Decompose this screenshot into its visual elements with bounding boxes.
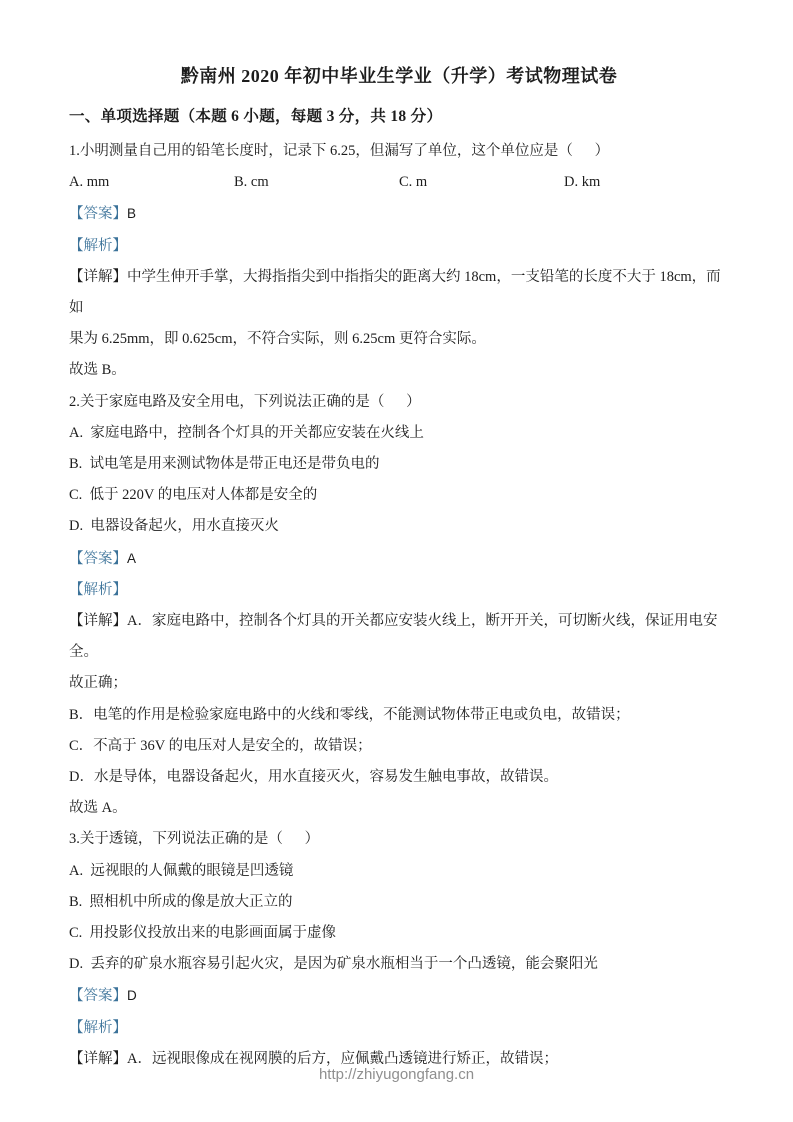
question-1-option-a: A. mm: [69, 167, 234, 198]
section-heading: 一、单项选择题（本题 6 小题，每题 3 分，共 18 分）: [69, 103, 729, 131]
question-2-detail-line: 故选 A。: [69, 793, 729, 824]
question-2-detail-line: 【详解】A．家庭电路中，控制各个灯具的开关都应安装火线上，断开开关，可切断火线，…: [69, 606, 729, 668]
question-2-analysis-line: 【解析】: [69, 575, 729, 606]
question-1-analysis-line: 【解析】: [69, 231, 729, 262]
question-2-option-b: B. 试电笔是用来测试物体是带正电还是带负电的: [69, 449, 729, 480]
question-1-answer-value: B: [127, 206, 136, 221]
question-1-stem: 1.小明测量自己用的铅笔长度时，记录下 6.25，但漏写了单位，这个单位应是（ …: [69, 136, 729, 167]
analysis-label: 【解析】: [69, 1020, 127, 1036]
question-1-option-c: C. m: [399, 167, 564, 198]
page-content: 黔南州 2020 年初中毕业生学业（升学）考试物理试卷 一、单项选择题（本题 6…: [69, 62, 729, 1075]
question-1-detail-line: 果为 6.25mm，即 0.625cm，不符合实际，则 6.25cm 更符合实际…: [69, 324, 729, 355]
question-2-stem: 2.关于家庭电路及安全用电，下列说法正确的是（ ）: [69, 387, 729, 418]
question-3-option-a: A. 远视眼的人佩戴的眼镜是凹透镜: [69, 856, 729, 887]
question-3-answer-line: 【答案】D: [69, 980, 729, 1012]
question-3-option-c: C. 用投影仪投放出来的电影画面属于虚像: [69, 918, 729, 949]
question-3-answer-value: D: [127, 988, 137, 1003]
question-2-detail-line: 故正确；: [69, 668, 729, 699]
question-1-options: A. mm B. cm C. m D. km: [69, 167, 729, 198]
analysis-label: 【解析】: [69, 582, 127, 598]
analysis-label: 【解析】: [69, 238, 127, 254]
question-3-option-d: D. 丢弃的矿泉水瓶容易引起火灾，是因为矿泉水瓶相当于一个凸透镜，能会聚阳光: [69, 949, 729, 980]
question-1-option-d: D. km: [564, 167, 729, 198]
answer-label: 【答案】: [69, 206, 127, 222]
question-1-detail-line: 【详解】中学生伸开手掌，大拇指指尖到中指指尖的距离大约 18cm，一支铅笔的长度…: [69, 262, 729, 324]
question-2-detail-line: C．不高于 36V 的电压对人是安全的，故错误；: [69, 731, 729, 762]
question-1-option-b: B. cm: [234, 167, 399, 198]
question-2-detail-line: B．电笔的作用是检验家庭电路中的火线和零线，不能测试物体带正电或负电，故错误；: [69, 700, 729, 731]
question-1-detail-line: 故选 B。: [69, 355, 729, 386]
question-2-detail-line: D．水是导体，电器设备起火，用水直接灭火，容易发生触电事故，故错误。: [69, 762, 729, 793]
page-title: 黔南州 2020 年初中毕业生学业（升学）考试物理试卷: [69, 62, 729, 90]
exam-document-page: 黔南州 2020 年初中毕业生学业（升学）考试物理试卷 一、单项选择题（本题 6…: [0, 0, 793, 1122]
question-3-option-b: B. 照相机中所成的像是放大正立的: [69, 887, 729, 918]
question-3-stem: 3.关于透镜，下列说法正确的是（ ）: [69, 824, 729, 855]
question-2-option-c: C. 低于 220V 的电压对人体都是安全的: [69, 480, 729, 511]
question-1-answer-line: 【答案】B: [69, 198, 729, 230]
answer-label: 【答案】: [69, 551, 127, 567]
question-2-option-a: A. 家庭电路中，控制各个灯具的开关都应安装在火线上: [69, 418, 729, 449]
question-2-answer-line: 【答案】A: [69, 543, 729, 575]
question-2-option-d: D. 电器设备起火，用水直接灭火: [69, 511, 729, 542]
watermark-url: http://zhiyugongfang.cn: [0, 1066, 793, 1083]
question-3-analysis-line: 【解析】: [69, 1013, 729, 1044]
answer-label: 【答案】: [69, 988, 127, 1004]
question-2-answer-value: A: [127, 551, 136, 566]
